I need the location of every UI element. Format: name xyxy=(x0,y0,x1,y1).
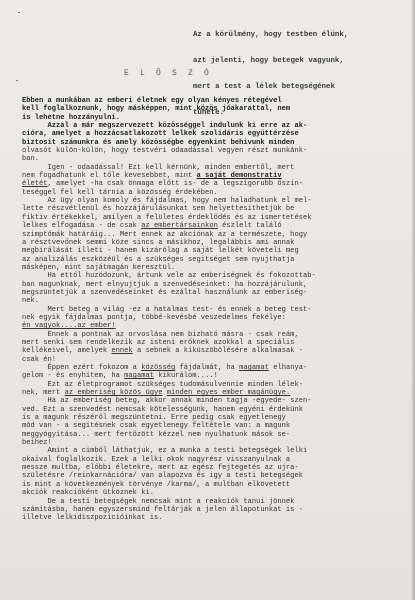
epigraph-line: azt jelenti, hogy betegek vagyunk, xyxy=(193,57,408,66)
page-title: E L Ő S Z Ó xyxy=(124,69,212,78)
text-line: biztosit számunkra és amely közösségbe e… xyxy=(22,139,412,147)
paper-speck xyxy=(18,12,20,13)
text-segment: a sebnek a kiküszöbölésére alkalmasak - xyxy=(133,347,303,355)
text-line: is lehetne hozzányulni. xyxy=(22,114,412,122)
text-segment: nek, mert xyxy=(22,389,65,397)
text-line: gelom - és enyhitem, ha magamat kikurálo… xyxy=(22,372,412,380)
underlined-phrase: az emberiség közös ügye xyxy=(65,389,163,397)
underlined-phrase: magamat xyxy=(124,372,154,380)
text-line: Ebben a munkában az emberi életnek egy o… xyxy=(22,97,412,105)
underlined-phrase: a saját demonstrativ xyxy=(197,172,282,180)
text-line: nek, mert az emberiség közös ügye minden… xyxy=(22,389,412,397)
text-segment: kikurálom....! xyxy=(154,372,218,380)
paper-speck xyxy=(16,80,18,81)
text-line: Mert beteg a világ -ez a hatalmas test- … xyxy=(22,306,412,314)
text-line: Ha az emberiség beteg, akkor annak minde… xyxy=(22,397,412,405)
text-line: másképen, mint sajátmagán keresztül. xyxy=(22,264,412,272)
text-line: nek. xyxy=(22,297,412,305)
text-line: messze multba, előbbi életekre, mert az … xyxy=(22,464,412,472)
text-line: ban. xyxy=(22,155,412,163)
text-line: a résztvevőnek semmi köze sincs a másikh… xyxy=(22,239,412,247)
text-line: Ha ettől huzódozunk, ártunk vele az embe… xyxy=(22,272,412,280)
text-line: mert senki sem rendelkezik az isteni erő… xyxy=(22,339,412,347)
underlined-phrase: az embertársainkon xyxy=(141,222,218,230)
text-segment: elhanya- xyxy=(269,364,307,372)
text-line: Ennek a pontnak az orvoslása nem bizható… xyxy=(22,331,412,339)
document-page: Az a körülmény, hogy testben élünk, azt … xyxy=(0,0,415,600)
text-line: születésre /reinkarnációra/ van alapozva… xyxy=(22,472,412,480)
underlined-phrase: életét xyxy=(22,180,48,188)
text-line: De a testi betegségek nemcsak mint a rea… xyxy=(22,498,412,506)
text-line: illetve lelkidiszpozicióinkat is. xyxy=(22,514,412,522)
text-line: lelkes elfogadása - de csak az embertárs… xyxy=(22,222,412,230)
underlined-phrase: ennek xyxy=(111,347,132,355)
epigraph-line: Az a körülmény, hogy testben élünk, xyxy=(193,31,408,40)
text-line: Azzal a már megszervezett közösséggel in… xyxy=(22,122,412,130)
text-line: megbirálását illeti - hanem kizárólag a … xyxy=(22,247,412,255)
text-line: kellékeivel, amelyek ennek a sebnek a ki… xyxy=(22,347,412,355)
text-line: az analizálás eszközéül és a szükséges s… xyxy=(22,256,412,264)
text-line: csak én! xyxy=(22,356,412,364)
text-line: lette részvétlenül és hozzájárulásunkat … xyxy=(22,205,412,213)
text-line: Éppen ezért fokozom a közösség fájdalmát… xyxy=(22,364,412,372)
text-line: ved. Ezt a szenvedést nemcsak kötelesség… xyxy=(22,406,412,414)
text-line: megszüntetjük a szenvedéseinket és ezált… xyxy=(22,289,412,297)
text-line: beihez! xyxy=(22,439,412,447)
underlined-phrase: magamat xyxy=(239,364,269,372)
text-line: kell foglalkoznunk, hogy másképpen, mint… xyxy=(22,105,412,113)
text-line: Igen - odaadással! Ezt kell kérnünk, min… xyxy=(22,164,412,172)
text-line: Amint a cimből láthatjuk, ez a munka a t… xyxy=(22,447,412,455)
text-segment: nem fogadhatunk el tőle kevesebbet, mint xyxy=(22,172,197,180)
text-line: számitásba, hanem egyszersmind feltárják… xyxy=(22,506,412,514)
text-segment: kellékeivel, amelyek xyxy=(22,347,111,355)
text-line: akciók reakcióként ütköznek ki. xyxy=(22,489,412,497)
text-line: is a magunk részéről megszüntetni. Erre … xyxy=(22,414,412,422)
text-segment: lelkes elfogadása - de csak xyxy=(22,222,141,230)
text-line: Az ügy olyan komoly és fájdalmas, hogy n… xyxy=(22,197,412,205)
text-segment: fájdalmát, ha xyxy=(175,364,239,372)
text-line: életét, amelyet -ha csak önmaga előtt is… xyxy=(22,180,412,188)
text-segment: észlelt találó xyxy=(218,222,282,230)
text-segment: , amelyet -ha csak önmaga előtt is- de a… xyxy=(48,180,303,188)
text-line: ban magunknak, mert elnyujtjuk a szenved… xyxy=(22,281,412,289)
text-line: én vagyok....az ember! xyxy=(22,322,412,330)
text-line: cióra, amelyet a hozzácsatlakozott lelke… xyxy=(22,130,412,138)
text-line: szimptómák határáig... Mert ennek az akc… xyxy=(22,231,412,239)
text-line: mód van - a segitésnek csak egyetlenegy … xyxy=(22,422,412,430)
text-line: okaival foglalkozik. Ezek a lelki okok n… xyxy=(22,456,412,464)
document-body: Ebben a munkában az emberi életnek egy o… xyxy=(22,97,412,523)
text-line: is mint a következmények törvénye /karma… xyxy=(22,481,412,489)
epigraph-line: mert a test a lélek betegségének xyxy=(193,83,408,92)
text-line: Ezt az életprogramot szükséges tudomásul… xyxy=(22,381,412,389)
text-segment: Éppen ezért fokozom a xyxy=(22,364,141,372)
underlined-phrase: én vagyok....az ember! xyxy=(22,322,116,330)
text-line: meggyógyitása... mert fertőzött kézzel n… xyxy=(22,431,412,439)
text-line: nem fogadhatunk el tőle kevesebbet, mint… xyxy=(22,172,412,180)
text-line: teséggel fel kell tárnia a közösség érde… xyxy=(22,189,412,197)
underlined-phrase: közösség xyxy=(141,364,175,372)
text-segment: gelom - és enyhitem, ha xyxy=(22,372,124,380)
underlined-phrase: minden egyes ember magánügye. xyxy=(167,389,290,397)
text-line: olvasót külön-külön, hogy testvéri odaad… xyxy=(22,147,412,155)
text-line: fiktiv értékekkel, amilyen a felületes é… xyxy=(22,214,412,222)
text-line: nek egyik fájdalmas pontja, többé-kevésb… xyxy=(22,314,412,322)
